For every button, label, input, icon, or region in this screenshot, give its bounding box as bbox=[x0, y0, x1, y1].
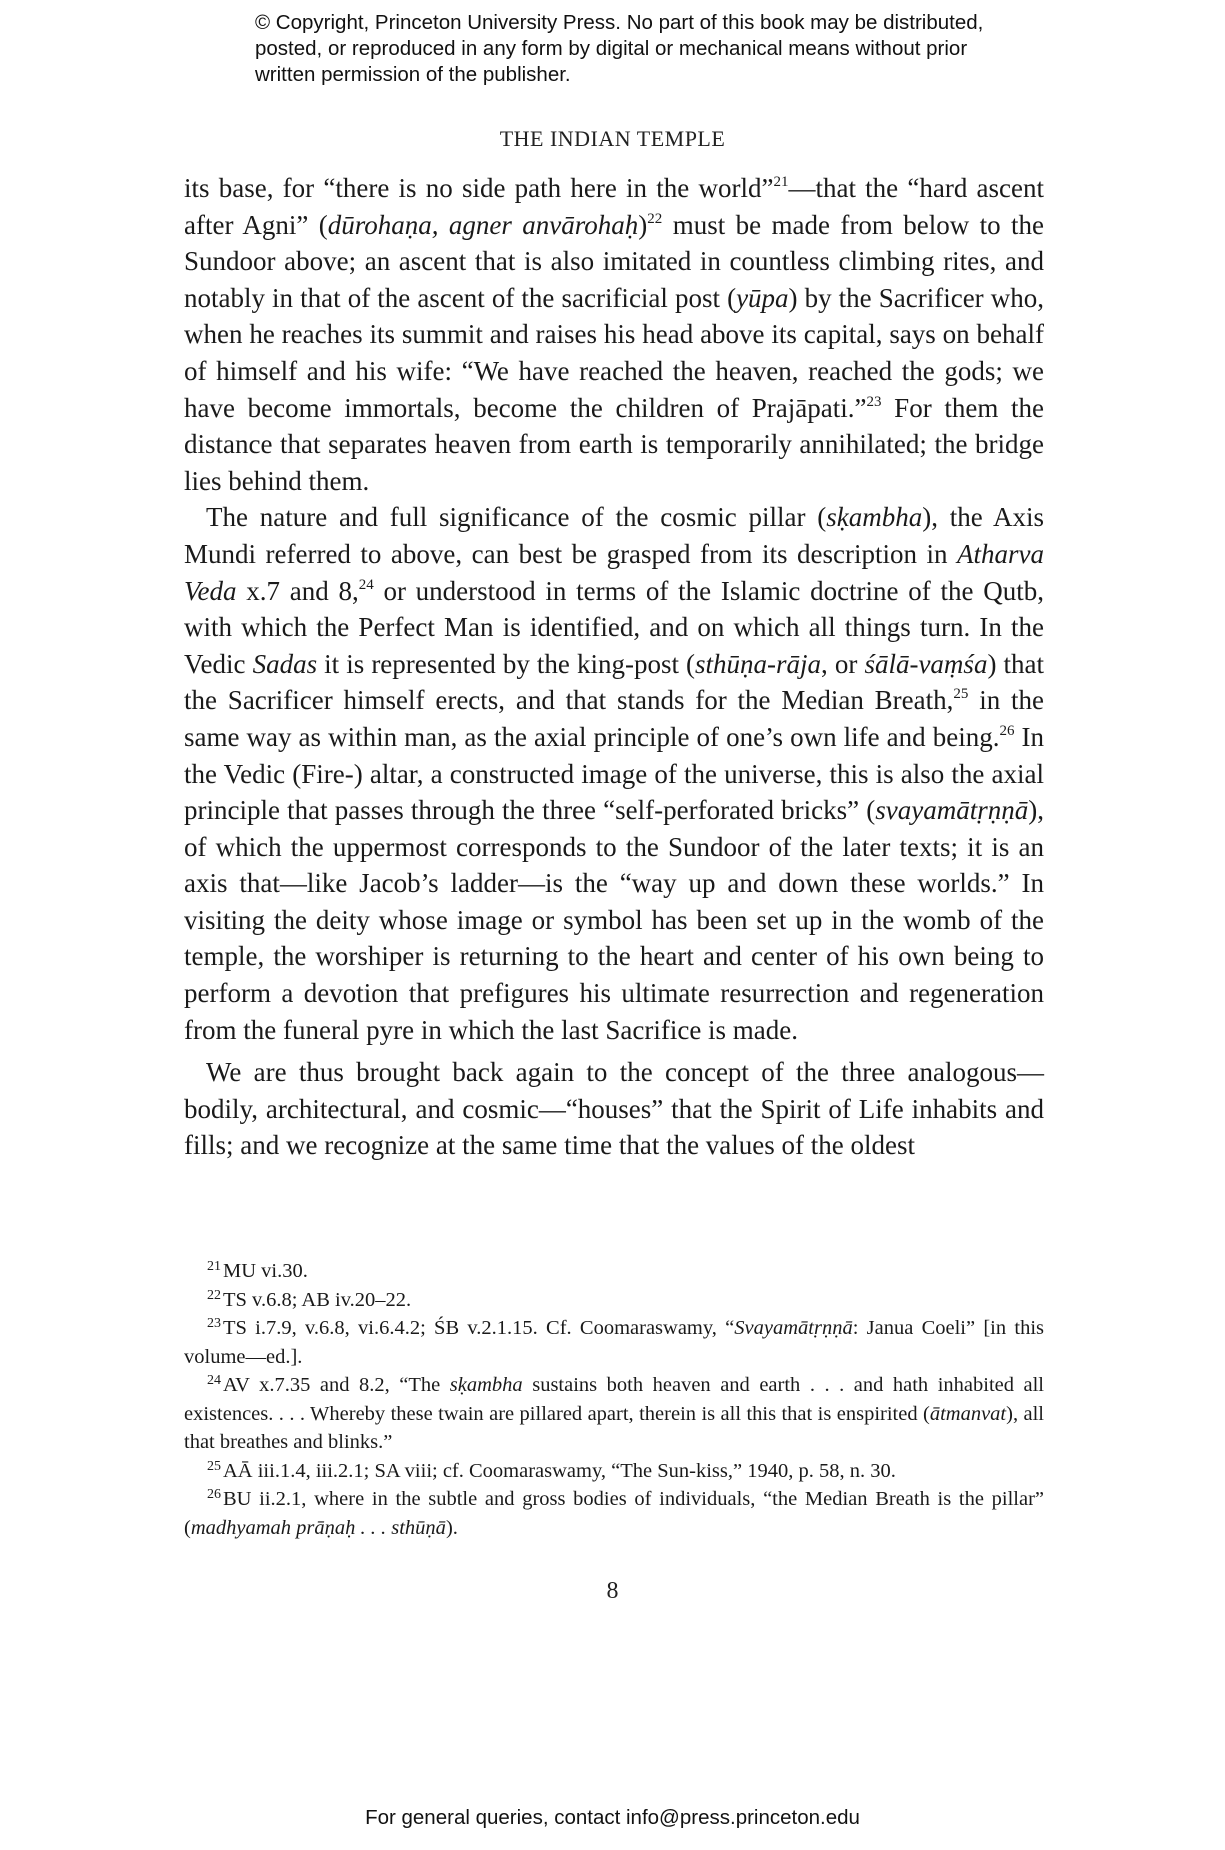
italic-term: śālā-vaṃśa bbox=[864, 649, 987, 679]
italic-term: svayamātṛṇṇā bbox=[875, 795, 1028, 825]
footnote-number: 25 bbox=[207, 1459, 221, 1474]
footnote-number: 26 bbox=[207, 1487, 221, 1502]
italic-term: madhyamah prāṇaḥ . . . sthūṇā bbox=[191, 1517, 446, 1539]
footnote: 26BU ii.2.1, where in the subtle and gro… bbox=[184, 1485, 1044, 1542]
footnote-number: 24 bbox=[207, 1373, 221, 1388]
italic-term: Sadas bbox=[253, 649, 318, 679]
page-number: 8 bbox=[0, 1578, 1225, 1605]
copyright-notice: © Copyright, Princeton University Press.… bbox=[255, 10, 1015, 88]
footnote: 25AĀ iii.1.4, iii.2.1; SA viii; cf. Coom… bbox=[184, 1457, 1044, 1486]
paragraph: We are thus brought back again to the co… bbox=[184, 1054, 1044, 1164]
footnote-reference: 25 bbox=[953, 686, 968, 702]
italic-term: sḳambha bbox=[826, 502, 922, 532]
italic-term: yūpa bbox=[736, 283, 788, 313]
italic-term: sḳambha bbox=[450, 1374, 523, 1396]
footnote: 23TS i.7.9, v.6.8, vi.6.4.2; ŚB v.2.1.15… bbox=[184, 1314, 1044, 1371]
paragraph: its base, for “there is no side path her… bbox=[184, 170, 1044, 499]
italic-term: Atharva Veda bbox=[184, 539, 1044, 606]
footnote-reference: 26 bbox=[999, 723, 1014, 739]
italic-term: ātmanvat bbox=[930, 1403, 1006, 1425]
footnote: 24AV x.7.35 and 8.2, “The sḳambha sustai… bbox=[184, 1371, 1044, 1457]
body-text: its base, for “there is no side path her… bbox=[184, 170, 1044, 1164]
footnote-reference: 24 bbox=[359, 577, 374, 593]
running-head: THE INDIAN TEMPLE bbox=[0, 126, 1225, 152]
footer-contact: For general queries, contact info@press.… bbox=[0, 1806, 1225, 1830]
footnote-number: 22 bbox=[207, 1288, 221, 1303]
footnotes: 21MU vi.30. 22TS v.6.8; AB iv.20–22. 23T… bbox=[184, 1257, 1044, 1542]
footnote-number: 21 bbox=[207, 1259, 221, 1274]
footnote-reference: 21 bbox=[773, 174, 788, 190]
italic-term: sthūṇa-rāja bbox=[695, 649, 821, 679]
italic-term: Svayamātṛṇṇā bbox=[734, 1317, 852, 1339]
footnote-number: 23 bbox=[207, 1316, 221, 1331]
footnote: 22TS v.6.8; AB iv.20–22. bbox=[184, 1286, 1044, 1315]
footnote-reference: 23 bbox=[867, 394, 882, 410]
footnote-reference: 22 bbox=[647, 211, 662, 227]
italic-term: dūrohaṇa, agner anvārohaḥ bbox=[328, 210, 639, 240]
footnote: 21MU vi.30. bbox=[184, 1257, 1044, 1286]
paragraph: The nature and full significance of the … bbox=[184, 499, 1044, 1048]
